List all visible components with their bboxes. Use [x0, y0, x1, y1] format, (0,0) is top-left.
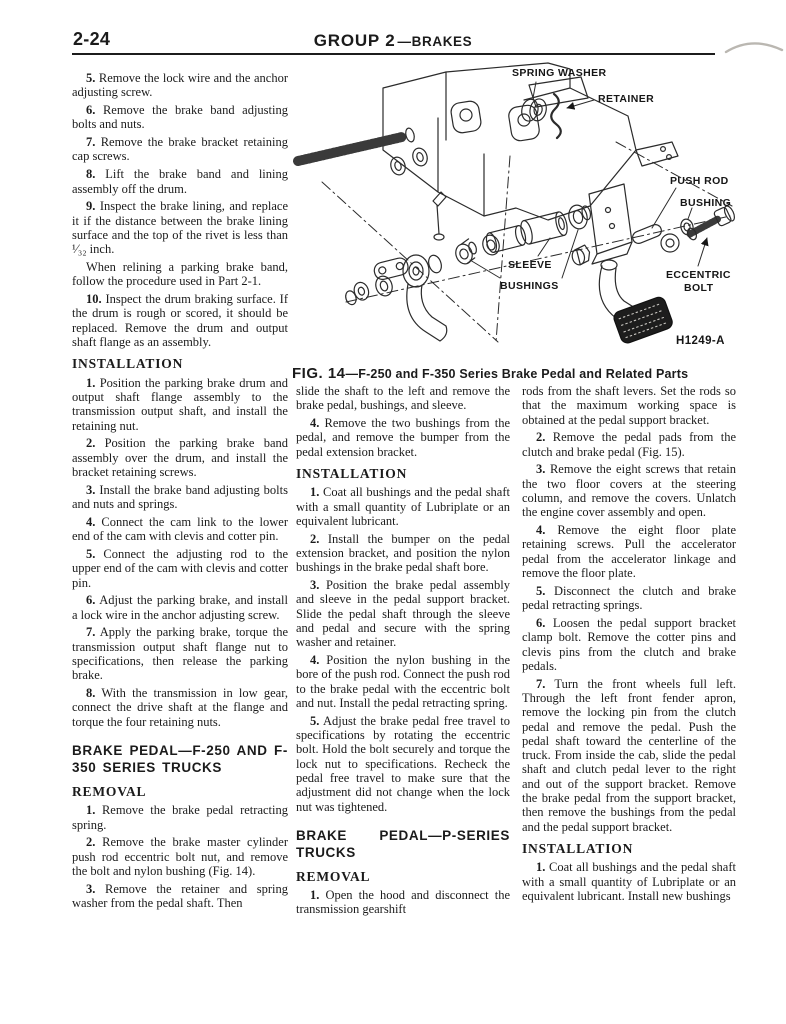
- step-paragraph: 7. Turn the front wheels full left. Thro…: [522, 677, 736, 834]
- figure-label-retainer: RETAINER: [598, 93, 654, 105]
- subsection-heading: INSTALLATION: [72, 357, 288, 371]
- step-paragraph: 4. Remove the eight floor plate retainin…: [522, 523, 736, 580]
- step-paragraph: 5. Connect the adjusting rod to the uppe…: [72, 547, 288, 590]
- threaded-rod: [298, 127, 416, 161]
- step-paragraph: 1. Coat all bushings and the pedal shaft…: [522, 860, 736, 903]
- clevis-pin: [433, 192, 446, 240]
- column-left: 5. Remove the lock wire and the anchor a…: [72, 71, 288, 914]
- figure-label-bushing: BUSHING: [680, 197, 731, 209]
- figure-caption-number: FIG. 14: [292, 365, 346, 382]
- figure-14: SPRING WASHER RETAINER PUSH ROD BUSHING …: [286, 58, 738, 383]
- eccentric-bolt-part: [686, 205, 737, 242]
- step-paragraph: 1. Position the parking brake drum and o…: [72, 376, 288, 433]
- step-paragraph: 7. Remove the brake bracket retaining ca…: [72, 135, 288, 164]
- subsection-heading: INSTALLATION: [296, 467, 510, 481]
- manual-page: 2-24 GROUP 2—BRAKES: [0, 0, 786, 1024]
- step-paragraph: 10. Inspect the drum braking surface. If…: [72, 292, 288, 349]
- page-title: GROUP 2—BRAKES: [0, 31, 786, 51]
- step-paragraph: 1. Coat all bushings and the pedal shaft…: [296, 485, 510, 528]
- step-paragraph: 1. Remove the brake pedal retracting spr…: [72, 803, 288, 832]
- step-paragraph: 4. Remove the two bushings from the peda…: [296, 416, 510, 459]
- brake-pedal: [599, 260, 674, 345]
- step-paragraph: 3. Position the brake pedal assembly and…: [296, 578, 510, 649]
- clamp-bracket: [570, 184, 632, 266]
- step-paragraph: 7. Apply the parking brake, torque the t…: [72, 625, 288, 682]
- figure-label-eccentric-bolt: ECCENTRIC: [666, 269, 731, 281]
- header-rule: [72, 53, 715, 55]
- step-paragraph: 4. Position the nylon bushing in the bor…: [296, 653, 510, 710]
- section-heading: BRAKE PEDAL—F-250 AND F-350 SERIES TRUCK…: [72, 742, 288, 777]
- step-paragraph: 9. Inspect the brake lining, and replace…: [72, 199, 288, 256]
- continuation-paragraph: rods from the shaft levers. Set the rods…: [522, 384, 736, 427]
- column-right: rods from the shaft levers. Set the rods…: [522, 384, 736, 907]
- step-paragraph: 6. Adjust the parking brake, and install…: [72, 593, 288, 622]
- figure-label-eccentric-bolt-2: BOLT: [684, 282, 714, 294]
- push-rod-part: [631, 223, 679, 252]
- step-paragraph: 8. Lift the brake band and lining assemb…: [72, 167, 288, 196]
- group-subtitle: —BRAKES: [398, 34, 473, 49]
- section-heading: BRAKE PEDAL—P-SERIES TRUCKS: [296, 827, 510, 862]
- subsection-heading: REMOVAL: [72, 785, 288, 799]
- step-paragraph: 2. Remove the pedal pads from the clutch…: [522, 430, 736, 459]
- figure-label-push-rod: PUSH ROD: [670, 175, 729, 187]
- step-paragraph: 2. Position the parking brake band assem…: [72, 436, 288, 479]
- figure-label-sleeve: SLEEVE: [508, 259, 552, 271]
- step-paragraph: 2. Remove the brake master cylinder push…: [72, 835, 288, 878]
- centerline: [322, 142, 732, 342]
- step-paragraph: 1. Open the hood and disconnect the tran…: [296, 888, 510, 917]
- subsection-heading: INSTALLATION: [522, 842, 736, 856]
- group-title: GROUP 2: [314, 31, 396, 50]
- figure-caption-text: —F-250 and F-350 Series Brake Pedal and …: [346, 367, 689, 381]
- figure-code: H1249-A: [676, 335, 725, 347]
- step-paragraph: 6. Loosen the pedal support bracket clam…: [522, 616, 736, 673]
- pedal-pad: [612, 295, 674, 344]
- step-paragraph: 2. Install the bumper on the pedal exten…: [296, 532, 510, 575]
- figure-label-bushings: BUSHINGS: [500, 280, 559, 292]
- retainer-clip: [551, 94, 561, 138]
- figure-caption: FIG. 14—F-250 and F-350 Series Brake Ped…: [286, 365, 738, 383]
- paragraph: When relining a parking brake band, foll…: [72, 260, 288, 289]
- washer-parts: [389, 146, 430, 176]
- subsection-heading: REMOVAL: [296, 870, 510, 884]
- step-paragraph: 6. Remove the brake band adjusting bolts…: [72, 103, 288, 132]
- step-paragraph: 8. With the transmission in low gear, co…: [72, 686, 288, 729]
- figure-label-spring-washer: SPRING WASHER: [512, 67, 606, 79]
- column-middle: slide the shaft to the left and remove t…: [296, 384, 510, 920]
- figure-14-diagram: SPRING WASHER RETAINER PUSH ROD BUSHING …: [286, 58, 738, 358]
- pedal-arm: [403, 254, 447, 341]
- step-paragraph: 3. Remove the retainer and spring washer…: [72, 882, 288, 911]
- step-paragraph: 3. Remove the eight screws that retain t…: [522, 462, 736, 519]
- step-paragraph: 3. Install the brake band adjusting bolt…: [72, 483, 288, 512]
- continuation-paragraph: slide the shaft to the left and remove t…: [296, 384, 510, 413]
- pedal-support-bracket: [383, 63, 678, 220]
- step-paragraph: 5. Remove the lock wire and the anchor a…: [72, 71, 288, 100]
- step-paragraph: 5. Disconnect the clutch and brake pedal…: [522, 584, 736, 613]
- step-paragraph: 4. Connect the cam link to the lower end…: [72, 515, 288, 544]
- step-paragraph: 5. Adjust the brake pedal free travel to…: [296, 714, 510, 814]
